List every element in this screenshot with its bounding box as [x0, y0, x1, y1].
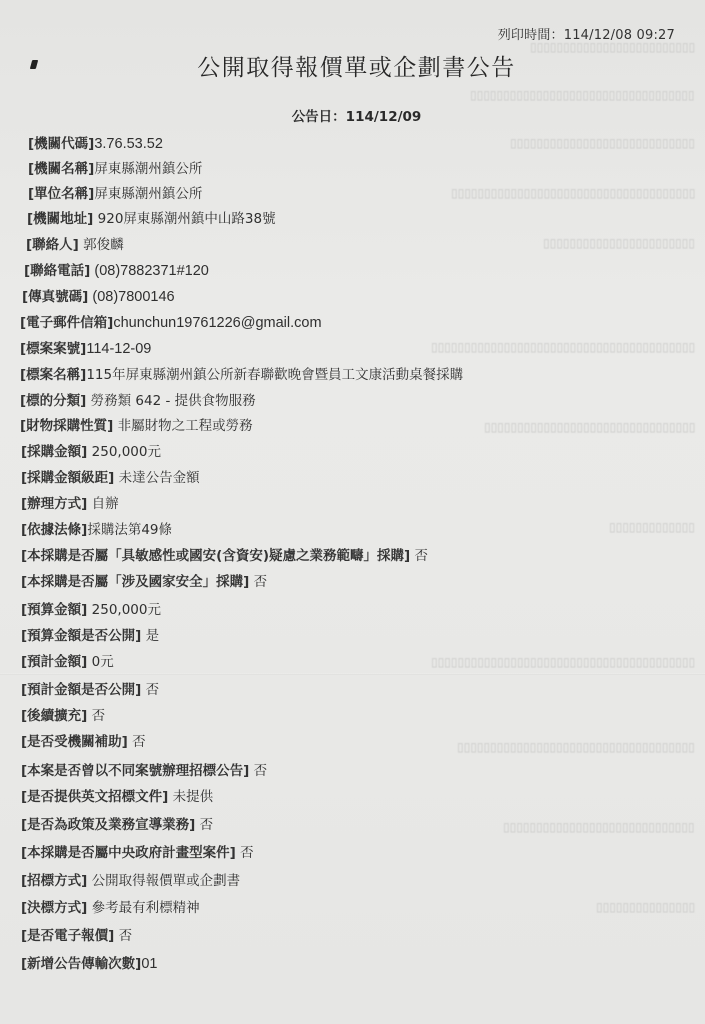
- field-label: [本採購是否屬「具敏感性或國安(含資安)疑慮之業務範疇」採購]: [21, 548, 410, 564]
- field-electronic-quote: [是否電子報價] 否: [21, 925, 132, 947]
- field-label: [是否受機關補助]: [21, 734, 128, 750]
- field-transmission-count: [新增公告傳輸次數]01: [21, 953, 157, 975]
- field-handling-method: [辦理方式] 自辦: [21, 493, 119, 515]
- field-label: [單位名稱]: [28, 186, 94, 202]
- field-value: 3.76.53.52: [94, 136, 163, 152]
- field-subject-category: [標的分類] 勞務類 642 - 提供食物服務: [20, 390, 256, 412]
- field-policy-promotion: [是否為政策及業務宣導業務] 否: [21, 814, 213, 836]
- field-value: 否: [410, 548, 428, 564]
- field-unit-name: [單位名稱]屏東縣潮州鎮公所: [28, 183, 202, 205]
- field-label: [採購金額]: [21, 444, 87, 460]
- field-different-case-number: [本案是否曾以不同案號辦理招標公告] 否: [21, 760, 267, 782]
- field-contact-phone: [聯絡電話] (08)7882371#120: [24, 260, 209, 282]
- field-tender-method: [招標方式] 公開取得報價單或企劃書: [21, 870, 240, 892]
- field-label: [財物採購性質]: [20, 418, 113, 434]
- field-label: [決標方式]: [21, 900, 87, 916]
- field-label: [後續擴充]: [21, 708, 87, 724]
- paper-fold-line: [0, 673, 705, 675]
- field-label: [辦理方式]: [21, 496, 87, 512]
- field-value: 參考最有利標精神: [87, 900, 199, 916]
- field-label: [機關名稱]: [28, 161, 94, 177]
- field-value: 01: [141, 956, 157, 972]
- field-future-expansion: [後續擴充] 否: [21, 705, 105, 727]
- field-value: 未達公告金額: [114, 470, 199, 486]
- field-award-method: [決標方式] 參考最有利標精神: [21, 897, 200, 919]
- field-value: 採購法第49條: [87, 522, 172, 538]
- show-through-text: ▯▯▯▯▯▯▯▯▯▯▯▯▯▯▯▯▯▯▯▯▯▯▯▯▯▯▯▯▯▯▯▯▯▯: [470, 88, 695, 102]
- field-value: 否: [128, 734, 146, 750]
- show-through-text: ▯▯▯▯▯▯▯▯▯▯▯▯▯▯▯▯▯▯▯▯▯▯▯▯▯▯▯▯: [510, 136, 695, 150]
- field-value: 250,000元: [87, 602, 161, 618]
- show-through-text: ▯▯▯▯▯▯▯▯▯▯▯▯▯▯▯▯▯▯▯▯▯▯▯▯▯▯▯▯▯: [503, 820, 695, 834]
- field-estimated-amount: [預計金額] 0元: [21, 651, 114, 673]
- show-through-text: ▯▯▯▯▯▯▯▯▯▯▯▯▯▯▯▯▯▯▯▯▯▯▯▯▯▯▯▯▯▯▯▯▯▯▯▯▯▯▯▯: [431, 340, 695, 354]
- show-through-text: ▯▯▯▯▯▯▯▯▯▯▯▯▯▯▯: [596, 900, 695, 914]
- field-case-name: [標案名稱]115年屏東縣潮州鎮公所新春聯歡晚會暨員工文康活動桌餐採購: [20, 364, 463, 386]
- field-email: [電子郵件信箱]chunchun19761226@gmail.com: [20, 312, 322, 334]
- field-label: [依據法條]: [21, 522, 87, 538]
- page-title: 公開取得報價單或企劃書公告: [0, 49, 705, 82]
- field-central-gov-project: [本採購是否屬中央政府計畫型案件] 否: [21, 842, 254, 864]
- field-case-number: [標案案號]114-12-09: [20, 338, 151, 360]
- field-amount-tier: [採購金額級距] 未達公告金額: [21, 467, 200, 489]
- field-label: [預計金額]: [21, 654, 87, 670]
- field-label: [是否電子報價]: [21, 928, 114, 944]
- show-through-text: ▯▯▯▯▯▯▯▯▯▯▯▯▯▯▯▯▯▯▯▯▯▯▯▯▯▯▯▯▯▯▯▯▯▯▯▯▯: [451, 186, 695, 200]
- field-value: 0元: [87, 654, 113, 670]
- field-value: 115年屏東縣潮州鎮公所新春聯歡晚會暨員工文康活動桌餐採購: [86, 367, 463, 383]
- field-fax: [傳真號碼] (08)7800146: [22, 286, 175, 308]
- field-label: [聯絡人]: [26, 237, 79, 253]
- field-label: [本案是否曾以不同案號辦理招標公告]: [21, 763, 249, 779]
- field-budget-amount: [預算金額] 250,000元: [21, 599, 161, 621]
- field-value: 920屏東縣潮州鎮中山路38號: [93, 211, 275, 227]
- field-label: [標的分類]: [20, 393, 86, 409]
- field-value: 否: [195, 817, 213, 833]
- field-budget-public: [預算金額是否公開] 是: [21, 625, 159, 647]
- field-national-security: [本採購是否屬「涉及國家安全」採購] 否: [21, 571, 267, 593]
- show-through-text: ▯▯▯▯▯▯▯▯▯▯▯▯▯▯▯▯▯▯▯▯▯▯▯▯▯▯▯▯▯▯▯▯: [484, 420, 695, 434]
- field-label: [傳真號碼]: [22, 289, 88, 305]
- field-label: [預計金額是否公開]: [21, 682, 141, 698]
- field-value: 否: [236, 845, 254, 861]
- field-value: (08)7800146: [88, 289, 174, 305]
- field-contact-person: [聯絡人] 郭俊麟: [26, 234, 124, 256]
- field-label: [電子郵件信箱]: [20, 315, 113, 331]
- field-label: [新增公告傳輸次數]: [21, 956, 141, 972]
- field-label: [是否提供英文招標文件]: [21, 789, 168, 805]
- field-value: 未提供: [168, 789, 213, 805]
- field-legal-basis: [依據法條]採購法第49條: [21, 519, 172, 541]
- field-label: [招標方式]: [21, 873, 87, 889]
- document-page: ▯▯▯▯▯▯▯▯▯▯▯▯▯▯▯▯▯▯▯▯▯▯▯▯▯ ▯▯▯▯▯▯▯▯▯▯▯▯▯▯…: [0, 0, 705, 1024]
- field-value: 否: [114, 928, 132, 944]
- field-value: 否: [141, 682, 159, 698]
- field-value: chunchun19761226@gmail.com: [113, 315, 321, 331]
- field-label: [聯絡電話]: [24, 263, 90, 279]
- field-value: (08)7882371#120: [90, 263, 209, 279]
- field-procurement-amount: [採購金額] 250,000元: [21, 441, 161, 463]
- field-value: 否: [249, 574, 267, 590]
- field-label: [本採購是否屬中央政府計畫型案件]: [21, 845, 236, 861]
- field-label: [預算金額是否公開]: [21, 628, 141, 644]
- field-value: 屏東縣潮州鎮公所: [94, 186, 202, 202]
- field-agency-name: [機關名稱]屏東縣潮州鎮公所: [28, 158, 202, 180]
- field-label: [機關地址]: [27, 211, 93, 227]
- field-value: 自辦: [87, 496, 118, 512]
- show-through-text: ▯▯▯▯▯▯▯▯▯▯▯▯▯▯▯▯▯▯▯▯▯▯▯: [543, 236, 695, 250]
- field-value: 郭俊麟: [79, 237, 124, 253]
- show-through-text: ▯▯▯▯▯▯▯▯▯▯▯▯▯: [609, 520, 695, 534]
- field-agency-address: [機關地址] 920屏東縣潮州鎮中山路38號: [27, 208, 276, 230]
- field-value: 勞務類 642 - 提供食物服務: [86, 393, 255, 409]
- field-value: 公開取得報價單或企劃書: [87, 873, 240, 889]
- field-english-docs: [是否提供英文招標文件] 未提供: [21, 786, 213, 808]
- field-estimated-public: [預計金額是否公開] 否: [21, 679, 159, 701]
- print-time: 列印時間：114/12/08 09:27: [498, 24, 675, 43]
- field-sensitive-security: [本採購是否屬「具敏感性或國安(含資安)疑慮之業務範疇」採購] 否: [21, 545, 428, 567]
- field-value: 屏東縣潮州鎮公所: [94, 161, 202, 177]
- field-procurement-nature: [財物採購性質] 非屬財物之工程或勞務: [20, 415, 253, 437]
- field-label: [是否為政策及業務宣導業務]: [21, 817, 195, 833]
- show-through-text: ▯▯▯▯▯▯▯▯▯▯▯▯▯▯▯▯▯▯▯▯▯▯▯▯▯▯▯▯▯▯▯▯▯▯▯▯▯▯▯▯: [431, 655, 695, 669]
- field-agency-subsidy: [是否受機關補助] 否: [21, 731, 146, 753]
- show-through-text: ▯▯▯▯▯▯▯▯▯▯▯▯▯▯▯▯▯▯▯▯▯▯▯▯▯▯▯▯▯▯▯▯▯▯▯▯: [457, 740, 695, 754]
- field-value: 是: [141, 628, 159, 644]
- field-value: 114-12-09: [86, 341, 151, 357]
- field-label: [本採購是否屬「涉及國家安全」採購]: [21, 574, 249, 590]
- field-label: [預算金額]: [21, 602, 87, 618]
- field-value: 250,000元: [87, 444, 161, 460]
- field-label: [機關代碼]: [28, 136, 94, 152]
- field-value: 否: [87, 708, 105, 724]
- field-label: [採購金額級距]: [21, 470, 114, 486]
- field-label: [標案案號]: [20, 341, 86, 357]
- announce-date: 公告日：114/12/09: [0, 105, 705, 125]
- field-agency-code: [機關代碼]3.76.53.52: [28, 133, 163, 155]
- field-value: 非屬財物之工程或勞務: [113, 418, 252, 434]
- field-label: [標案名稱]: [20, 367, 86, 383]
- field-value: 否: [249, 763, 267, 779]
